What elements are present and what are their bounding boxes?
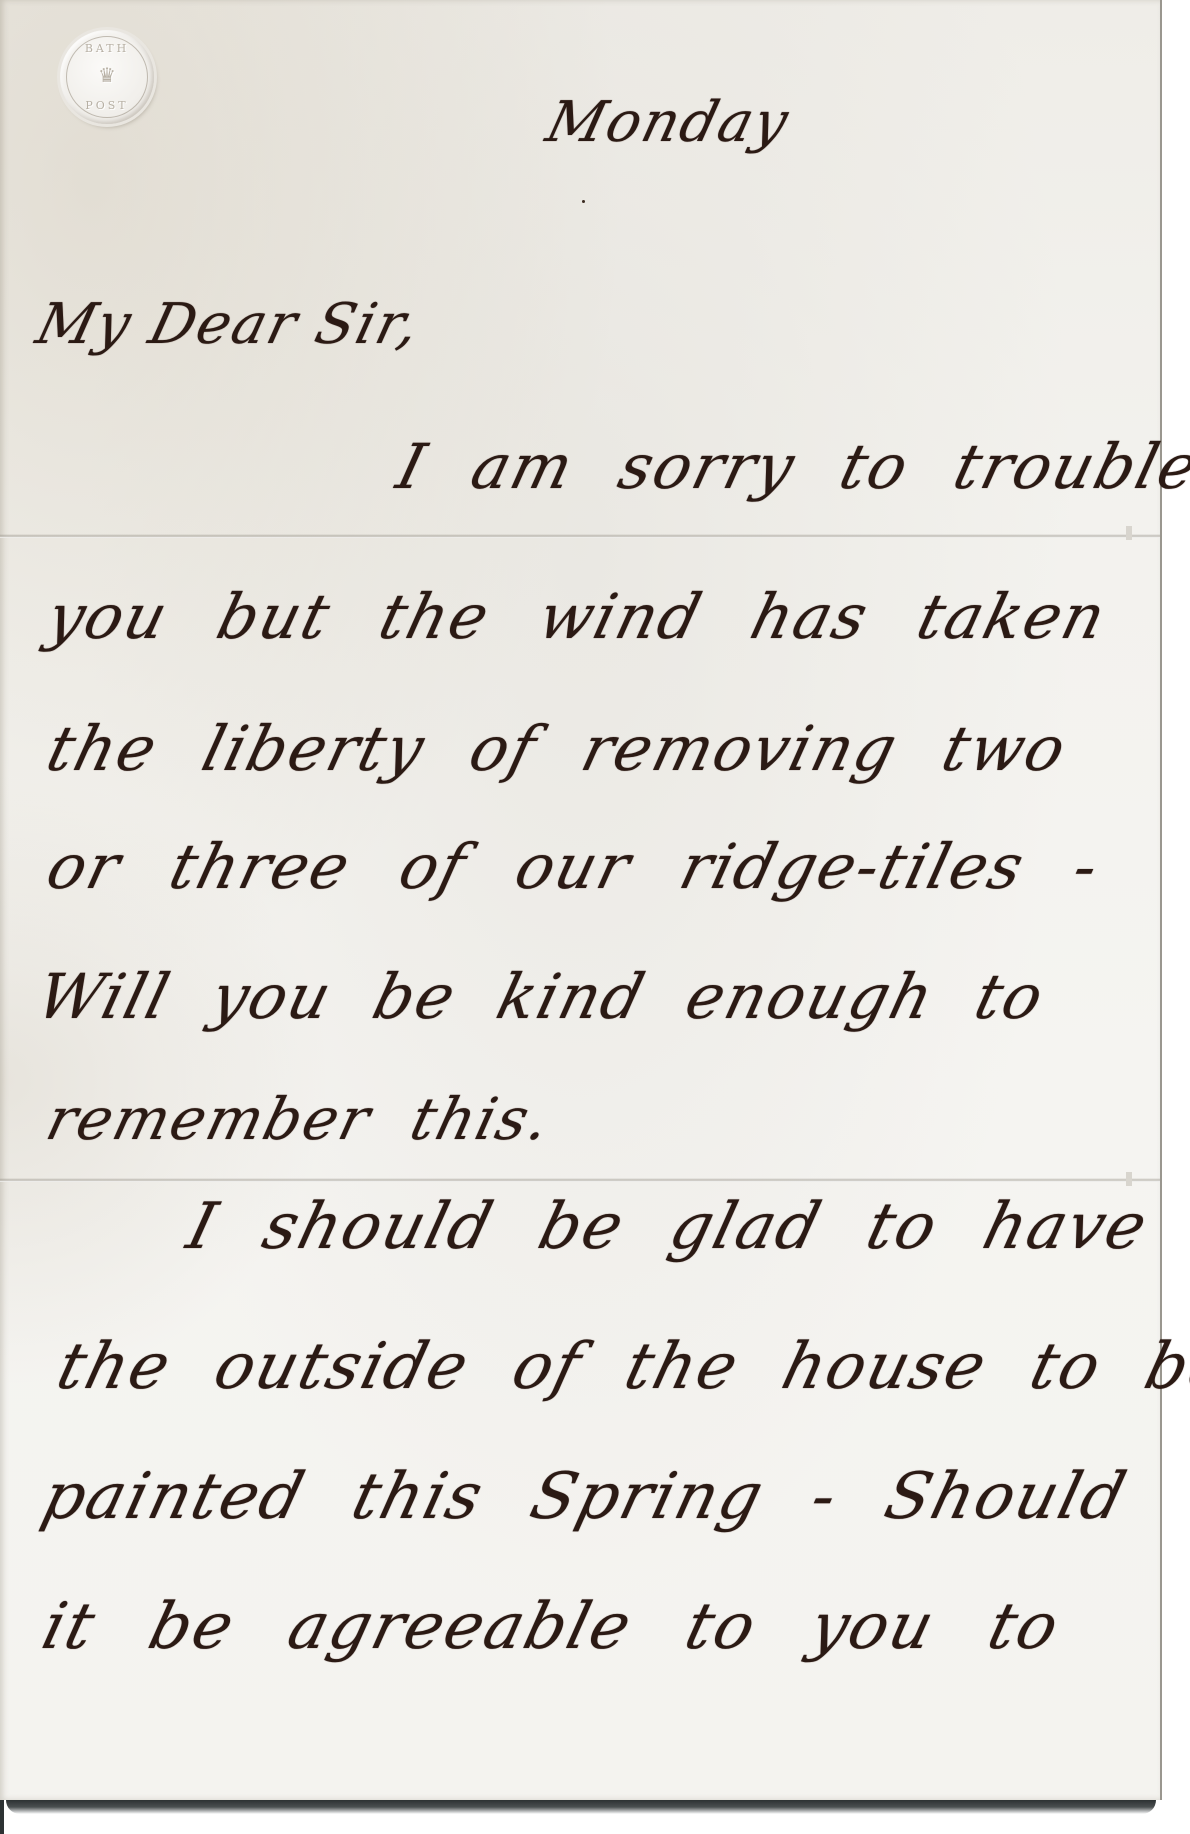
edge-notch [1126, 526, 1132, 540]
letter-line: the outside of the house to be [50, 1330, 1190, 1404]
letter-line: I should be glad to have [180, 1190, 1156, 1264]
letter-date: Monday [540, 90, 796, 155]
letter-line: I am sorry to trouble [390, 430, 1190, 503]
embossed-seal: BATH ♛ POST [60, 30, 154, 124]
letter-line: remember this. [40, 1085, 558, 1153]
letter-line: it be agreeable to you to [35, 1590, 1068, 1664]
edge-notch [1126, 1172, 1132, 1186]
scanned-letter: BATH ♛ POST Monday My Dear Sir, I am sor… [0, 0, 1190, 1834]
letter-line: or three of our ridge-tiles - [40, 830, 1107, 903]
letter-line: the liberty of removing two [40, 712, 1075, 785]
ink-speck [582, 200, 585, 203]
seal-bottom-text: POST [60, 99, 154, 112]
page-left-shadow [0, 1800, 4, 1834]
fold-crease-upper [0, 534, 1160, 538]
letter-line: painted this Spring - Should [35, 1460, 1134, 1534]
page-bottom-shadow [6, 1800, 1156, 1814]
crown-icon: ♛ [96, 64, 118, 86]
letter-paper: BATH ♛ POST Monday My Dear Sir, I am sor… [0, 0, 1162, 1800]
letter-line: you but the wind has taken [40, 580, 1114, 653]
seal-top-text: BATH [60, 42, 154, 55]
letter-line: Will you be kind enough to [30, 960, 1052, 1033]
letter-salutation: My Dear Sir, [30, 292, 428, 357]
fold-crease-lower [0, 1178, 1160, 1182]
